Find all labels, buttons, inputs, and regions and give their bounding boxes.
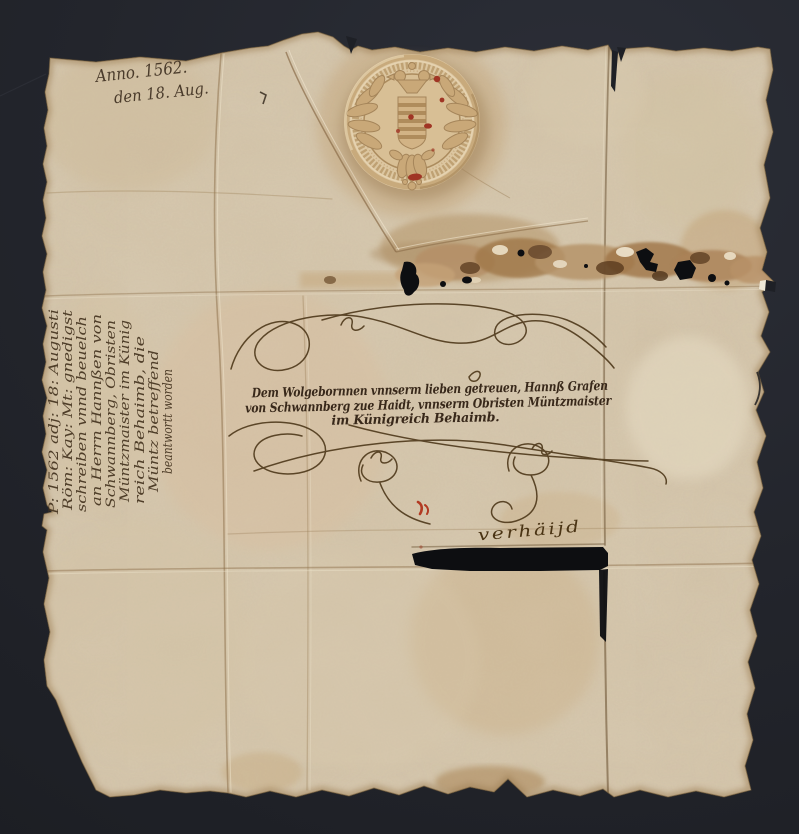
photo-canvas: Anno. 1562. den 18. Aug. Dem Wolgebornne…: [0, 0, 799, 834]
marginalia-line: Müntzmaister im Künig: [118, 320, 133, 503]
cut-slot-hole: [412, 547, 608, 571]
marginalia-line: Schwannberg, Obristen: [104, 320, 119, 508]
photograph-of-letter: Anno. 1562. den 18. Aug. Dem Wolgebornne…: [0, 0, 799, 834]
marginalia-line: Röm: Kay: Mt: gnedigst: [61, 309, 76, 511]
marginalia-line: schreiben vnnd beuelch: [75, 316, 90, 512]
marginalia-line: an Herrn Hannßen von: [90, 314, 105, 506]
marginalia-line: P: 1562 adj: 18: Augusti: [47, 309, 62, 515]
backdrop-seam: [0, 74, 46, 96]
marginalia-line: beantwortt worden: [161, 369, 176, 474]
seal-shield: [398, 97, 426, 149]
marginalia-line: reich Behaimb, die: [133, 336, 148, 504]
marginalia-line: Müntz betreffend: [147, 350, 162, 493]
